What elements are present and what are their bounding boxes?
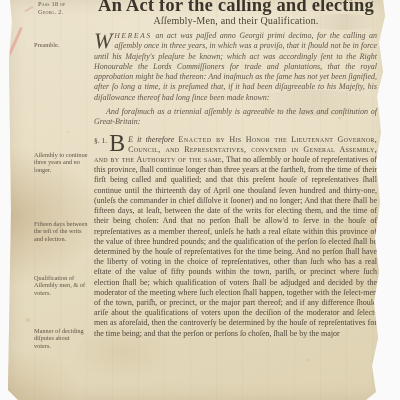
section-1-paragraph: §. 1.BE it therefore Enacted by His Hono… <box>94 135 377 339</box>
section-1-head: §. 1.B <box>94 135 125 154</box>
photo-background: Paſs 18 of Georg. 2. An Act for the call… <box>0 0 400 400</box>
statute-reference: Paſs 18 of Georg. 2. <box>38 1 92 16</box>
margin-note-fifteen-days: Fifteen days between the teſt of the wri… <box>34 221 88 243</box>
printed-text-area: Paſs 18 of Georg. 2. An Act for the call… <box>8 0 388 400</box>
section-number: §. 1. <box>94 136 107 145</box>
act-subtitle: Aſſembly-Men, and their Qualification. <box>86 16 386 27</box>
preamble-text: an act was paſſed anno Georgii primi dec… <box>94 31 377 102</box>
margin-note-assembly-duration: Aſſembly to continue three years and no … <box>34 152 88 174</box>
document-page: Paſs 18 of Georg. 2. An Act for the call… <box>8 0 388 400</box>
margin-note-disputes: Manner of deciding diſputes about voters… <box>34 328 88 350</box>
statute-reference-line2: Georg. 2. <box>38 9 92 17</box>
statute-reference-line1: Paſs 18 of <box>38 1 92 9</box>
preamble-continuation: And foraſmuch as a triennial aſſembly is… <box>94 107 377 128</box>
preamble-lead: HEREAS <box>114 31 151 40</box>
drop-cap-w: W <box>94 32 112 49</box>
preamble-paragraph: WHEREAS an act was paſſed anno Georgii p… <box>94 31 377 103</box>
body-text-column: WHEREAS an act was paſſed anno Georgii p… <box>94 31 377 339</box>
section-1-body: That no aſſembly or houſe of repreſentat… <box>94 155 377 337</box>
margin-note-qualification: Qualification of Aſſembly men, & of vote… <box>34 275 88 297</box>
act-title: An Act for the calling and electing <box>86 0 386 17</box>
drop-cap-b: B <box>109 131 125 157</box>
enacting-clause-italic: E it therefore <box>128 135 178 144</box>
enacting-clause-enacted: Enacted <box>178 135 211 144</box>
margin-note-preamble: Preamble. <box>34 42 88 49</box>
